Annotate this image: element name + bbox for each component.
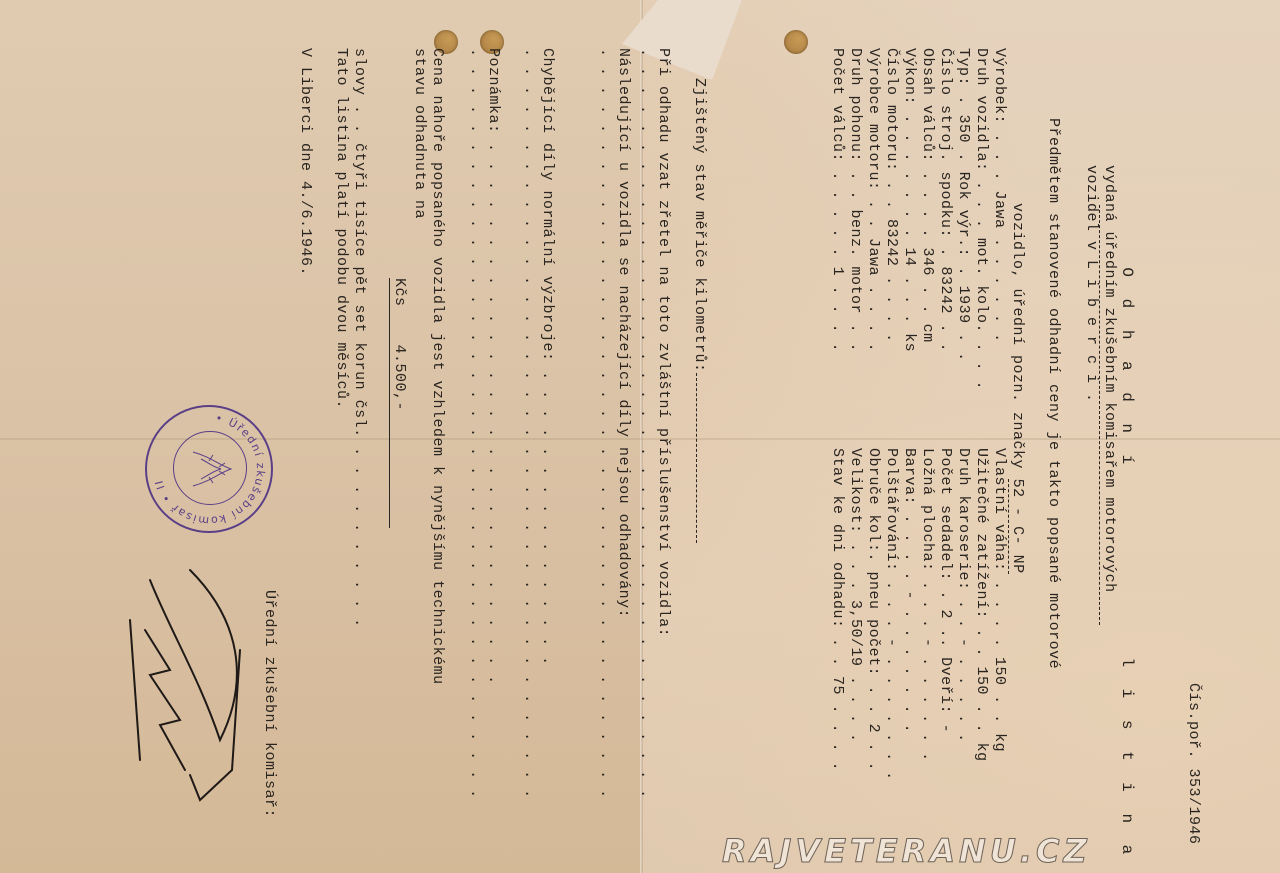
note: Poznámka: . . . . . . . . . . . . . . . … <box>484 48 502 685</box>
field-product: Výrobek: . . . Jawa . . . . . . <box>990 48 1008 343</box>
field-tire-size: Velikost: . . . 3,50/19 . . . . <box>846 448 864 743</box>
field-seats-doors: Počet sedadel: . 2 .. Dveří: - <box>936 448 954 733</box>
field-condition: Stav ke dni odhadu: . . 75 . . . . <box>828 448 846 771</box>
field-payload: Užitečné zatížení: . . 150 . . kg <box>972 448 990 762</box>
serial-number: Čís.poř. 353/1946 <box>1166 645 1220 845</box>
note-dots: . . . . . . . . . . . . . . . . . . . . … <box>466 48 484 799</box>
price-statement-line-2: stavu odhadnuta na <box>410 48 428 219</box>
price-amount: Kčs 4.500,- <box>389 278 408 528</box>
plate-number: 52 - C- NP <box>1008 479 1026 574</box>
subject-line-1: Předmětem stanovené odhadní ceny je takt… <box>1044 118 1062 669</box>
appraisal-document: Čís.poř. 353/1946 O d h a d n í l i s t … <box>0 0 1280 873</box>
field-engine-number: Číslo motoru: . . 83242 . . . . <box>882 48 900 343</box>
official-stamp: • Úřední zkušební komisař • II <box>145 405 273 533</box>
field-power: Výkon: . . . . . . . 14 . . . ks <box>900 48 918 352</box>
signatory-label: Úřední zkušební komisař: <box>260 590 278 818</box>
punch-hole <box>784 30 808 54</box>
stamp-inner-ring <box>173 431 247 505</box>
field-drive-type: Druh pohonu: . . benz. motor . . <box>846 48 864 352</box>
price-in-words: slovy . . čtyři tisíce pět set korun čsl… <box>350 48 368 628</box>
price-statement-line-1: Cena nahoře popsaného vozidla jest vzhle… <box>428 48 446 685</box>
accessories-dots: . . . . . . . . . . . . . . . . . . . . … <box>636 48 654 799</box>
signature <box>120 560 260 830</box>
issued-by-line-2: vozidel v L i b e r c i . <box>1082 165 1100 403</box>
field-own-weight: Vlastní váha: . . . . 150 . . kg <box>990 448 1008 752</box>
field-color: Barva: . . . . - . . . . . . . <box>900 448 918 733</box>
not-estimated-dots: . . . . . . . . . . . . . . . . . . . . … <box>596 48 614 799</box>
missing-dots: . . . . . . . . . . . . . . . . . . . . … <box>520 48 538 799</box>
field-type-year: Typ: . 350 . Rok výr.: . 1939 . . <box>954 48 972 362</box>
field-engine-maker: Výrobce motoru: . . Jawa . . . . <box>864 48 882 352</box>
place-and-date: V Liberci dne 4./6.1946. <box>296 48 314 276</box>
field-upholstery: Polštářování: . . . - . . . . . . . <box>882 448 900 781</box>
missing-parts: Chybějící díly normální výzbroje: . . . … <box>538 48 556 666</box>
watermark: RAJVETERANU.CZ <box>722 832 1091 870</box>
validity-statement: Tato listina platí podobu dvou měsíců. <box>332 48 350 409</box>
field-cylinders: Počet válců: . . . . . 1 . . . . <box>828 48 846 352</box>
field-chassis-number: Číslo stroj. spodku: . 83242 . . <box>936 48 954 352</box>
field-body-type: Druh karoserie: . . - . . . . . <box>954 448 972 743</box>
issued-by-line-1: vydaná úředním zkušebním komisařem motor… <box>1100 165 1118 593</box>
not-estimated-parts: Následující u vozidla se nacházející díl… <box>614 48 632 618</box>
field-displacement: Obsah válců: . . . . 346 . . cm <box>918 48 936 343</box>
field-vehicle-type: Druh vozidla: . . . mot. kolo. . . . <box>972 48 990 390</box>
accessories: Při odhadu vzat zřetel na toto zvláštní … <box>654 48 672 637</box>
odometer-reading: Zjištěný stav měřiče kilometrů: <box>690 78 708 543</box>
field-cargo-area: Ložná plocha: . . . - . . . . . . <box>918 448 936 762</box>
field-wheel-rims: Obruče kol:. pneu počet: . . 2 . . <box>864 448 882 771</box>
